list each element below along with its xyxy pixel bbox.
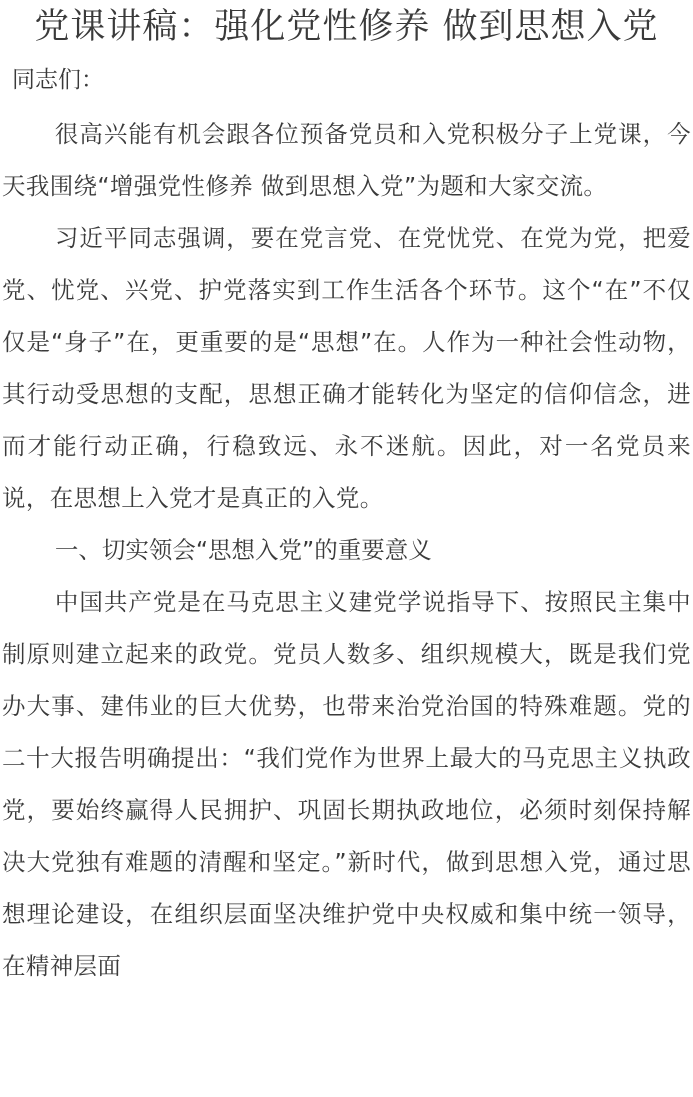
section-heading: 一、切实领会“思想入党”的重要意义 — [0, 524, 693, 576]
section-paragraph: 中国共产党是在马克思主义建党学说指导下、按照民主集中制原则建立起来的政党。党员人… — [0, 576, 693, 992]
salutation: 同志们： — [0, 54, 693, 108]
document-title: 党课讲稿：强化党性修养 做到思想入党 — [0, 0, 693, 54]
paragraph-thought: 习近平同志强调，要在党言党、在党忧党、在党为党，把爱党、忧党、兴党、护党落实到工… — [0, 212, 693, 524]
document: 党课讲稿：强化党性修养 做到思想入党 同志们： 很高兴能有机会跟各位预备党员和入… — [0, 0, 693, 992]
paragraph-intro: 很高兴能有机会跟各位预备党员和入党积极分子上党课，今天我围绕“增强党性修养 做到… — [0, 108, 693, 212]
